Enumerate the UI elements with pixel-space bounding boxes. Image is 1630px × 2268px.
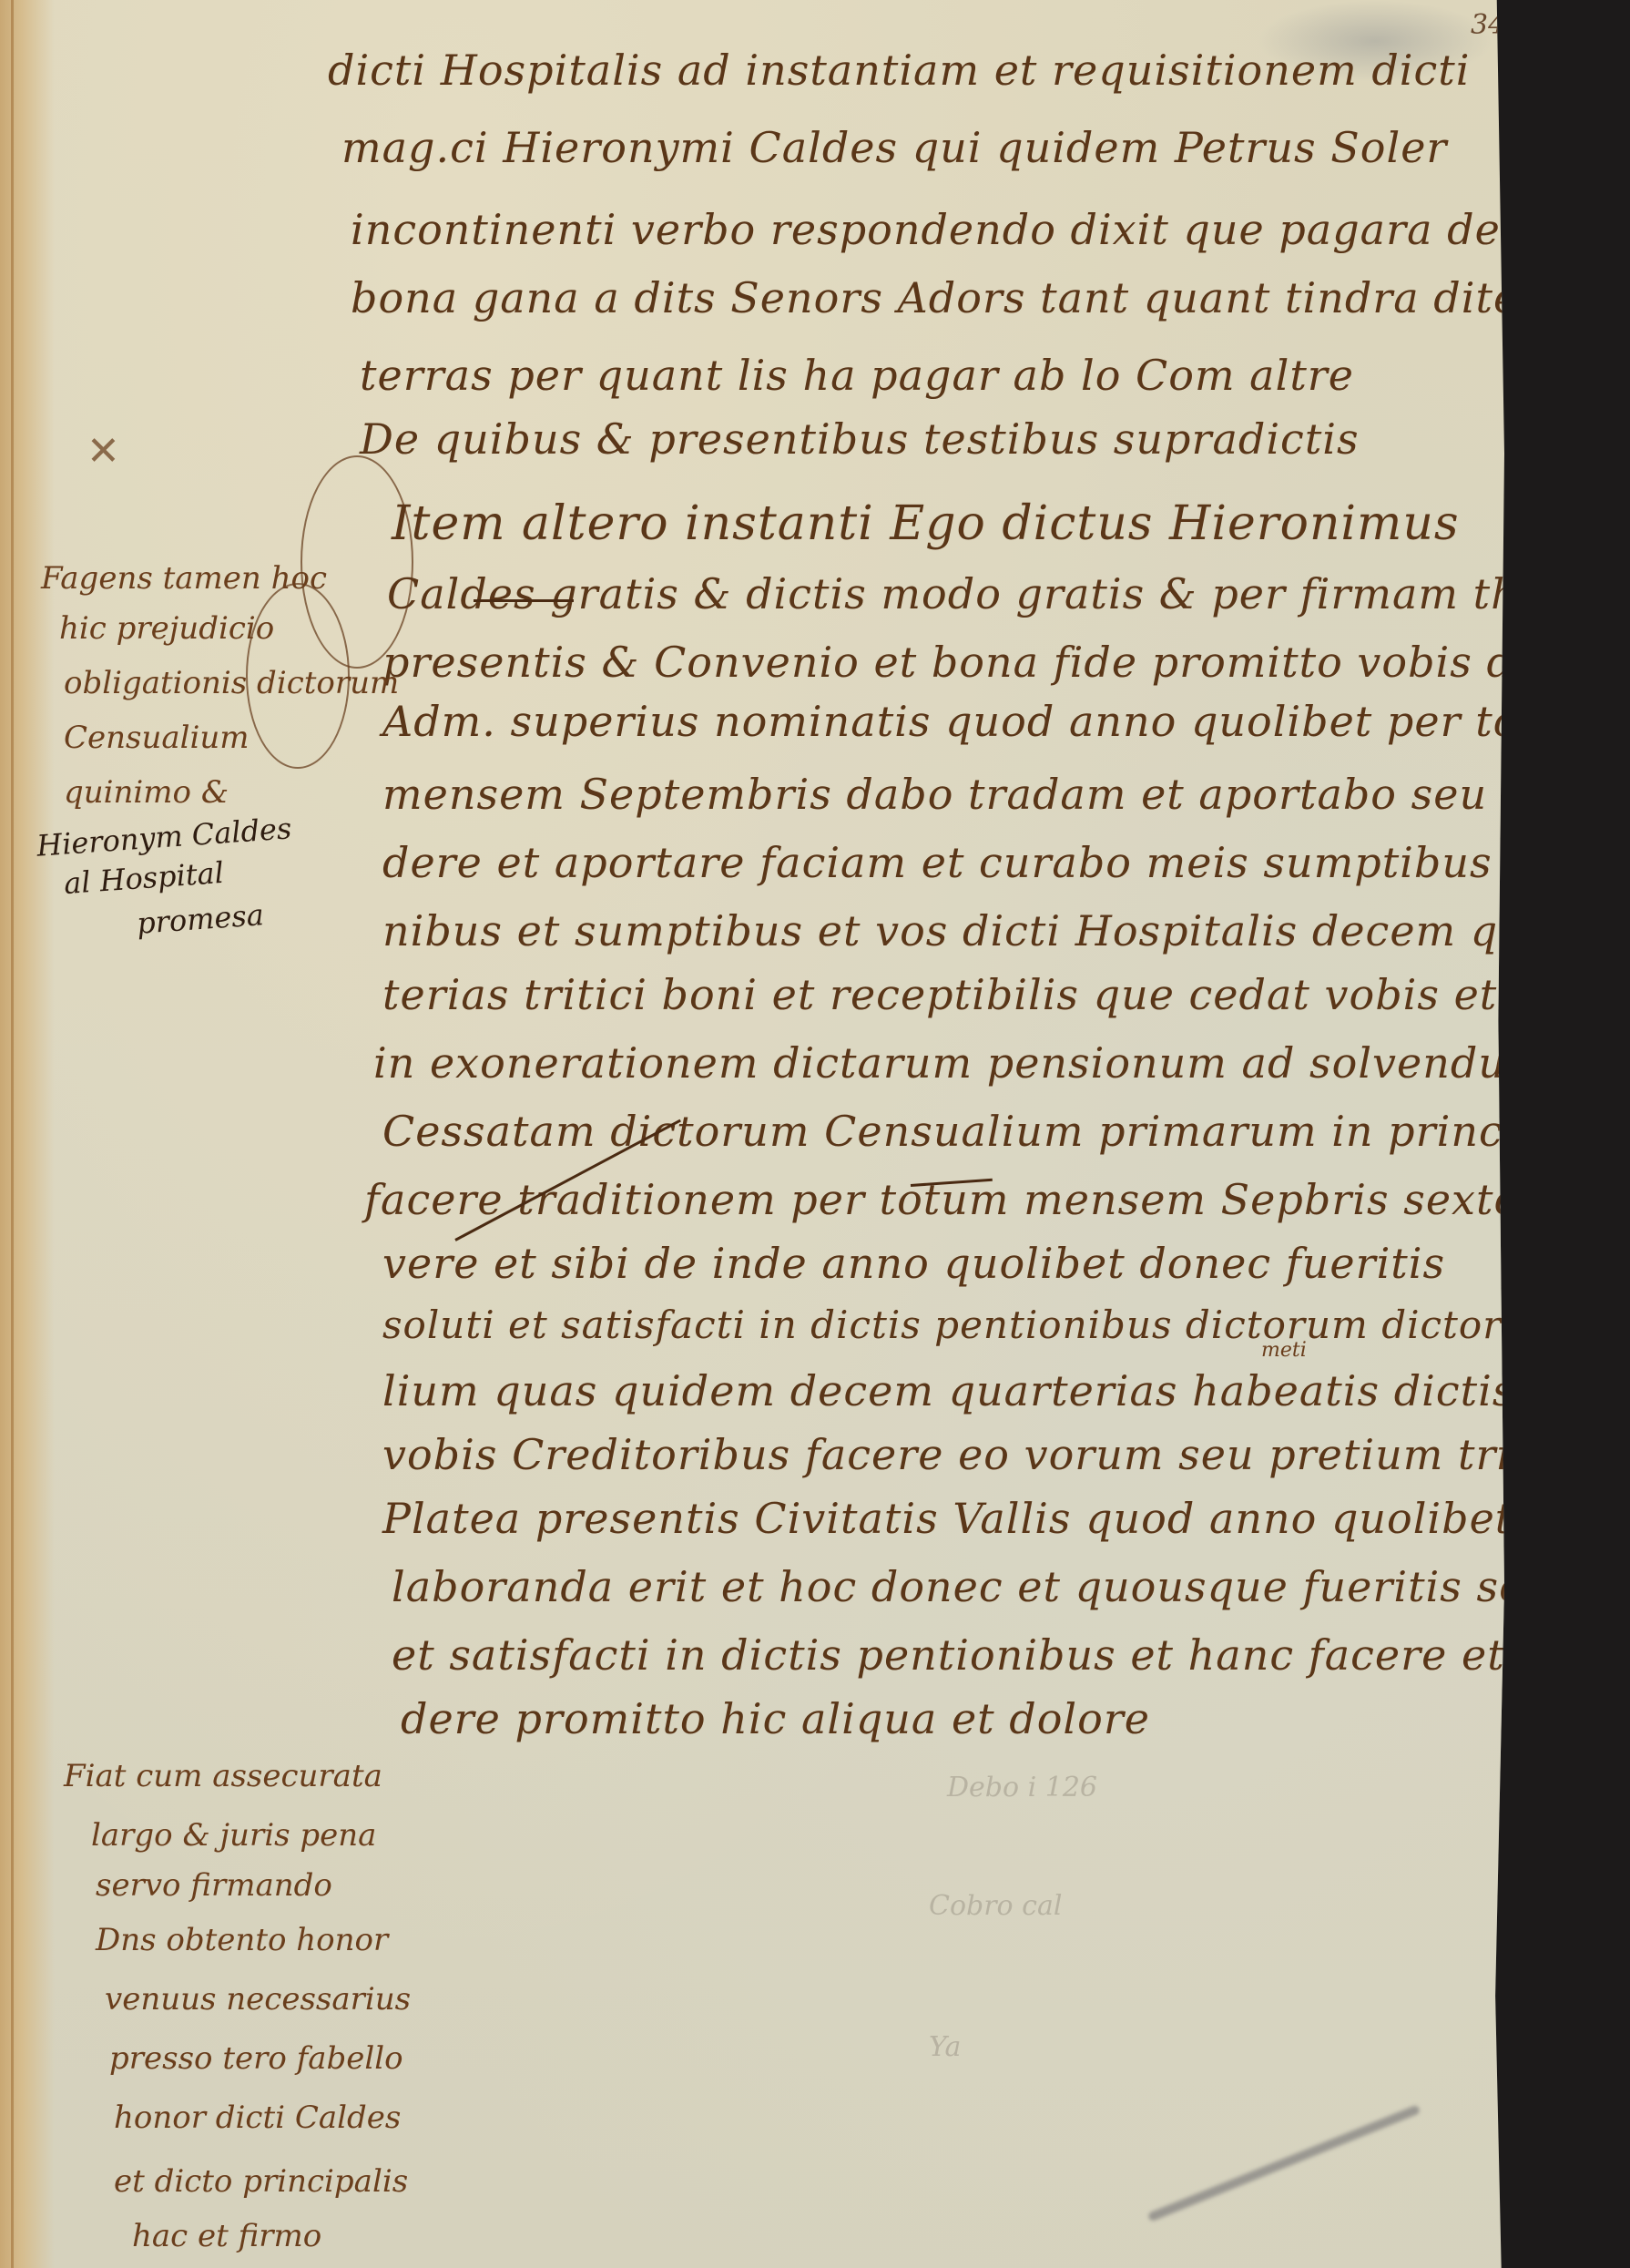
- text-line: presentis & Convenio et bona fide promit…: [382, 638, 1630, 687]
- text-line: dere et aportare faciam et curabo meis s…: [382, 838, 1630, 887]
- interlinear-insertion: meti: [1261, 1339, 1307, 1362]
- text-line: dicti Hospitalis ad instantiam et requis…: [328, 46, 1470, 95]
- margin-line: servo firmando: [96, 1867, 332, 1904]
- margin-line: Hieronym Caldes: [36, 811, 292, 863]
- bleed-through-text: Ya: [929, 2031, 961, 2063]
- text-line: Item altero instanti Ego dictus Hieronim…: [392, 496, 1460, 551]
- margin-line: quinimo &: [64, 774, 229, 811]
- margin-line: Fagens tamen hoc: [41, 560, 327, 597]
- text-line: et satisfacti in dictis pentionibus et h…: [392, 1630, 1630, 1680]
- margin-line: Censualium: [64, 720, 250, 756]
- text-line: Adm. superius nominatis quod anno quolib…: [382, 697, 1605, 746]
- text-line: laboranda erit et hoc donec et quousque …: [392, 1562, 1599, 1611]
- text-line: Platea presentis Civitatis Vallis quod a…: [382, 1494, 1569, 1543]
- text-line: incontinenti verbo respondendo dixit que…: [351, 205, 1501, 254]
- margin-cross-mark: ✕: [87, 428, 120, 475]
- text-line: nibus et sumptibus et vos dicti Hospital…: [382, 906, 1573, 955]
- text-line: De quibus & presentibus testibus supradi…: [360, 414, 1360, 464]
- text-line: Caldes gratis & dictis modo gratis & per…: [387, 569, 1630, 618]
- margin-line: obligationis dictorum: [64, 665, 399, 701]
- text-line: terias tritici boni et receptibilis que …: [382, 970, 1497, 1019]
- margin-line: largo & juris pena: [91, 1817, 376, 1854]
- bleed-through-text: Debo i 126: [947, 1772, 1097, 1803]
- margin-line: Dns obtento honor: [96, 1922, 388, 1958]
- text-line: bona gana a dits Senors Adors tant quant…: [351, 273, 1542, 322]
- text-line: in exonerationem dictarum pensionum ad s…: [373, 1038, 1547, 1088]
- margin-line: honor dicti Caldes: [114, 2099, 401, 2136]
- margin-line: Fiat cum assecurata: [64, 1758, 382, 1794]
- text-line: terras per quant lis ha pagar ab lo Com …: [360, 351, 1354, 400]
- text-line: dere promitto hic aliqua et dolore: [401, 1694, 1150, 1743]
- margin-line: promesa: [136, 897, 265, 941]
- text-line: vobis Creditoribus facere eo vorum seu p…: [382, 1430, 1582, 1479]
- margin-line: hac et firmo: [132, 2218, 321, 2254]
- margin-line: et dicto principalis: [114, 2163, 408, 2200]
- text-line: lium quas quidem decem quarterias habeat…: [382, 1366, 1514, 1415]
- text-line: mensem Septembris dabo tradam et aportab…: [382, 770, 1566, 819]
- ink-smudge: [1147, 2104, 1421, 2222]
- binding-gutter: [0, 0, 55, 2268]
- margin-line: hic prejudicio: [59, 610, 274, 647]
- binding-edge: [11, 0, 14, 2268]
- page-number: 34: [1471, 9, 1505, 41]
- text-line: mag.ci Hieronymi Caldes qui quidem Petru…: [341, 123, 1447, 172]
- margin-line: al Hospital: [63, 855, 225, 901]
- text-line: soluti et satisfacti in dictis pentionib…: [382, 1303, 1630, 1347]
- manuscript-page: 34 dicti Hospitalis ad instantiam et req…: [0, 0, 1504, 2268]
- margin-line: presso tero fabello: [109, 2040, 403, 2077]
- text-line: Cessatam dictorum Censualium primarum in…: [382, 1107, 1585, 1156]
- text-line: vere et sibi de inde anno quolibet donec…: [382, 1239, 1445, 1288]
- strikethrough: [474, 599, 574, 602]
- margin-line: venuus necessarius: [105, 1981, 411, 2018]
- bleed-through-text: Cobro cal: [929, 1890, 1062, 1922]
